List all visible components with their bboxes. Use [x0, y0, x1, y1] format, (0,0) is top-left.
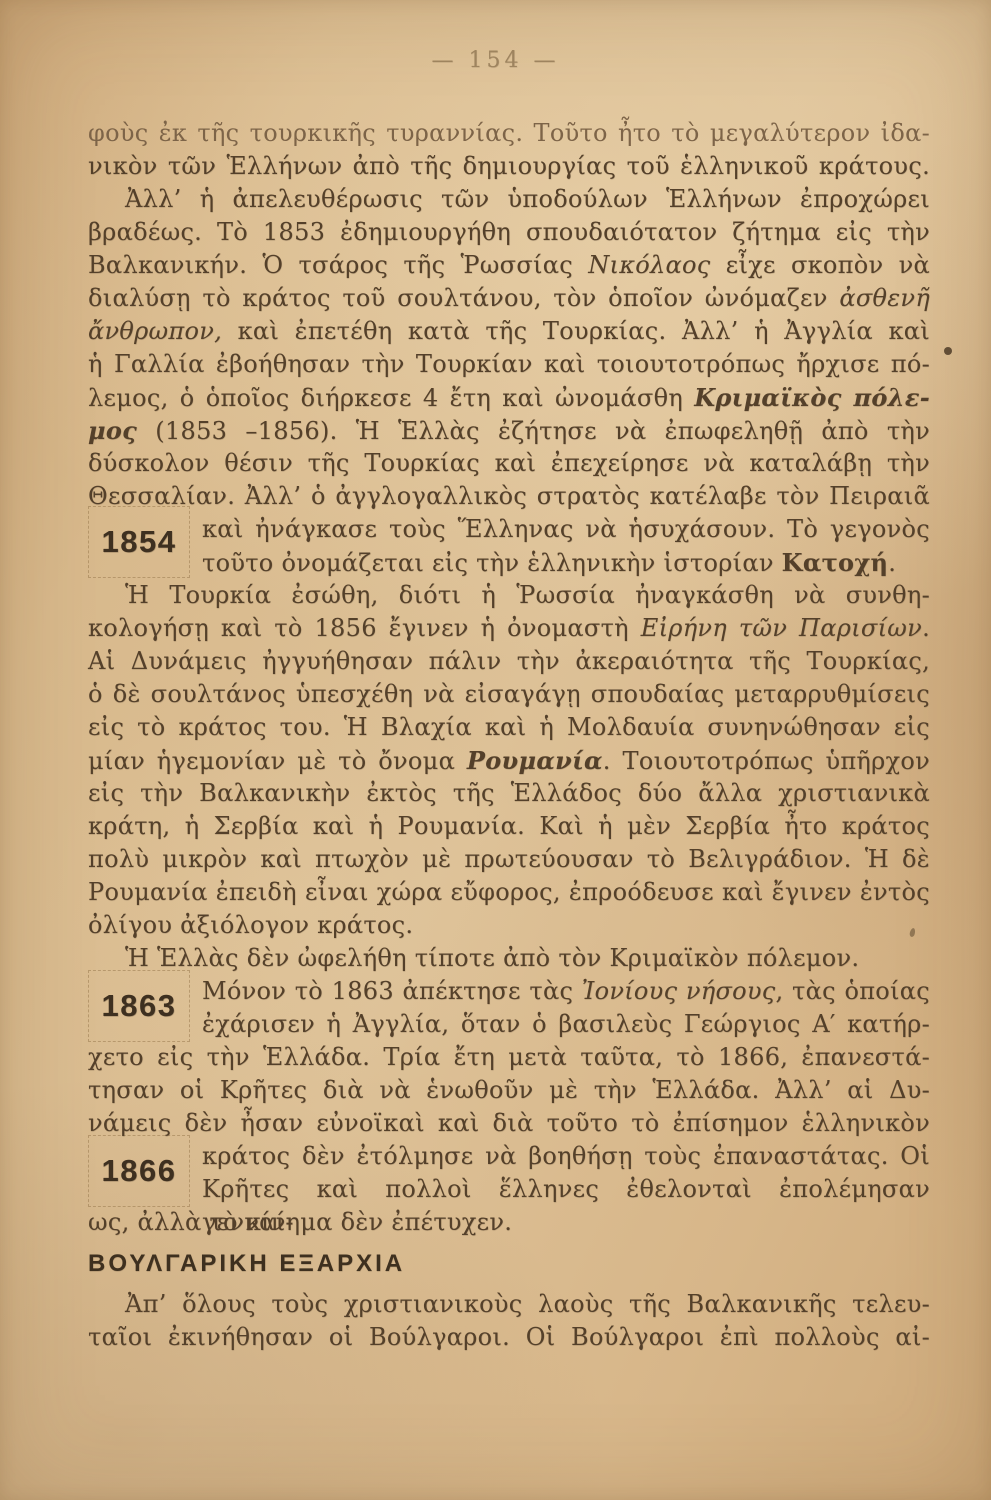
text-line: ὁ δὲ σουλτάνος ὑπεσχέθη νὰ εἰσαγάγῃ σπου…	[88, 678, 930, 711]
text-line: φοὺς ἐκ τῆς τουρκικῆς τυραννίας. Τοῦτο ἦ…	[88, 117, 930, 150]
text-segment: εἶχε σκοπὸν νὰ	[711, 251, 930, 279]
text-segment: πολὺ μικρὸν καὶ πτωχὸν μὲ πρωτεύουσαν τὸ…	[88, 845, 930, 873]
text-segment: μος	[88, 416, 137, 445]
text-segment: κράτος δὲν ἐτόλμησε νὰ βοηθήσῃ τοὺς ἐπαν…	[202, 1142, 930, 1170]
text-line: πολὺ μικρὸν καὶ πτωχὸν μὲ πρωτεύουσαν τὸ…	[88, 843, 930, 876]
text-line: Ἡ Τουρκία ἐσώθη, διότι ἡ Ῥωσσία ἠναγκάσθ…	[88, 579, 930, 612]
text-line: Ρουμανία ἐπειδὴ εἶναι χώρα εὔφορος, ἐπρο…	[88, 876, 930, 909]
text-line: Ἀλλ’ ἡ ἀπελευθέρωσις τῶν ὑποδούλων Ἑλλήν…	[88, 183, 930, 216]
text-line: Ἀπ’ ὅλους τοὺς χριστιανικοὺς λαοὺς τῆς Β…	[88, 1288, 930, 1321]
text-segment: .	[888, 549, 896, 577]
text-segment: βραδέως. Τὸ 1853 ἐδημιουργήθη σπουδαιότα…	[88, 218, 930, 246]
text-segment: νάμεις δὲν ἦσαν εὐνοϊκαὶ καὶ διὰ τοῦτο τ…	[88, 1109, 930, 1137]
text-segment: κράτη, ἡ Σερβία καὶ ἡ Ρουμανία. Καὶ ἡ μὲ…	[88, 812, 930, 840]
text-line: Κρῆτες καὶ πολλοὶ ἕλληνες ἐθελονταὶ ἐπολ…	[88, 1173, 930, 1206]
text-line: ἄνθρωπον, καὶ ἐπετέθη κατὰ τῆς Τουρκίας.…	[88, 315, 930, 348]
text-segment: Ρουμανία ἐπειδὴ εἶναι χώρα εὔφορος, ἐπρο…	[88, 878, 930, 906]
scanned-book-page: — 154 — 1854 1863 1866 φοὺς ἐκ τῆς τουρκ…	[0, 0, 991, 1500]
text-segment: Βαλκανικήν. Ὁ τσάρος τῆς Ῥωσσίας	[88, 251, 588, 279]
text-line: ἐχάρισεν ἡ Ἀγγλία, ὅταν ὁ βασιλεὺς Γεώργ…	[88, 1008, 930, 1041]
text-line: μος (1853 –1856). Ἡ Ἑλλὰς ἐζήτησε νὰ ἐπω…	[88, 414, 930, 447]
text-segment: ὁ δὲ σουλτάνος ὑπεσχέθη νὰ εἰσαγάγῃ σπου…	[88, 680, 930, 708]
body-text: φοὺς ἐκ τῆς τουρκικῆς τυραννίας. Τοῦτο ἦ…	[88, 117, 930, 1354]
text-segment: Μόνον τὸ 1863 ἀπέκτησε τὰς	[202, 977, 582, 1005]
text-line: κράτος δὲν ἐτόλμησε νὰ βοηθήσῃ τοὺς ἐπαν…	[88, 1140, 930, 1173]
text-line: ἡ Γαλλία ἐβοήθησαν τὴν Τουρκίαν καὶ τοιο…	[88, 348, 930, 381]
text-line: τοῦτο ὀνομάζεται εἰς τὴν ἑλληνικὴν ἱστορ…	[88, 546, 930, 579]
text-segment: χετο εἰς τὴν Ἑλλάδα. Τρία ἔτη μετὰ ταῦτα…	[88, 1043, 930, 1071]
text-line: δύσκολον θέσιν τῆς Τουρκίας καὶ ἐπεχείρη…	[88, 447, 930, 480]
text-line: κολογήσῃ καὶ τὸ 1856 ἔγινεν ἡ ὀνομαστὴ Ε…	[88, 612, 930, 645]
text-segment: καὶ ἠνάγκασε τοὺς Ἕλληνας νὰ ἡσυχάσουν. …	[202, 515, 930, 543]
text-line: κράτη, ἡ Σερβία καὶ ἡ Ρουμανία. Καὶ ἡ μὲ…	[88, 810, 930, 843]
section-heading: ΒΟΥΛΓΑΡΙΚΗ ΕΞΑΡΧΙΑ	[88, 1247, 930, 1280]
text-line: Ἡ Ἑλλὰς δὲν ὠφελήθη τίποτε ἀπὸ τὸν Κριμα…	[88, 942, 930, 975]
text-line: διαλύσῃ τὸ κράτος τοῦ σουλτάνου, τὸν ὁπο…	[88, 282, 930, 315]
text-segment: λεμος, ὁ ὁποῖος διήρκεσε 4 ἔτη καὶ ὠνομά…	[88, 384, 694, 412]
text-line: ταῖοι ἐκινήθησαν οἱ Βούλγαροι. Οἱ Βούλγα…	[88, 1321, 930, 1354]
text-segment: μίαν ἡγεμονίαν μὲ τὸ ὄνομα	[88, 747, 467, 775]
text-segment: Νικόλαος	[588, 251, 710, 279]
page-number: — 154 —	[0, 48, 991, 73]
text-segment: Εἰρήνη τῶν Παρισίων	[641, 614, 922, 642]
text-segment: Ρουμανία	[467, 746, 603, 775]
ink-speck	[944, 347, 952, 355]
text-segment: (1853 –1856). Ἡ Ἑλλὰς ἐζήτησε νὰ ἐπωφελη…	[137, 417, 930, 445]
text-segment: ταῖοι ἐκινήθησαν οἱ Βούλγαροι. Οἱ Βούλγα…	[88, 1323, 930, 1351]
text-segment: ἡ Γαλλία ἐβοήθησαν τὴν Τουρκίαν καὶ τοιο…	[88, 350, 930, 378]
text-segment: νικὸν τῶν Ἑλλήνων ἀπὸ τῆς δημιουργίας το…	[88, 152, 930, 180]
text-line: καὶ ἠνάγκασε τοὺς Ἕλληνας νὰ ἡσυχάσουν. …	[88, 513, 930, 546]
text-line: μίαν ἡγεμονίαν μὲ τὸ ὄνομα Ρουμανία. Τοι…	[88, 744, 930, 777]
text-segment: Αἱ Δυνάμεις ἠγγυήθησαν πάλιν τὴν ἀκεραιό…	[88, 647, 930, 675]
text-segment: Ἀλλ’ ἡ ἀπελευθέρωσις τῶν ὑποδούλων Ἑλλήν…	[125, 185, 930, 213]
text-segment: ΒΟΥΛΓΑΡΙΚΗ ΕΞΑΡΧΙΑ	[88, 1250, 405, 1277]
text-line: εἰς τὴν Βαλκανικὴν ἐκτὸς τῆς Ἑλλάδος δύο…	[88, 777, 930, 810]
text-segment: Ἡ Τουρκία ἐσώθη, διότι ἡ Ῥωσσία ἠναγκάσθ…	[125, 581, 930, 609]
text-segment: ὀλίγου ἀξιόλογον κράτος.	[88, 911, 413, 939]
text-line: Βαλκανικήν. Ὁ τσάρος τῆς Ῥωσσίας Νικόλαο…	[88, 249, 930, 282]
text-segment: Ἀπ’ ὅλους τοὺς χριστιανικοὺς λαοὺς τῆς Β…	[125, 1290, 930, 1318]
text-segment: εἰς τὸ κράτος του. Ἡ Βλαχία καὶ ἡ Μολδαυ…	[88, 713, 930, 741]
text-segment: δύσκολον θέσιν τῆς Τουρκίας καὶ ἐπεχείρη…	[88, 449, 930, 477]
text-line: τησαν οἱ Κρῆτες διὰ νὰ ἑνωθοῦν μὲ τὴν Ἑλ…	[88, 1074, 930, 1107]
text-segment: φοὺς ἐκ τῆς τουρκικῆς τυραννίας. Τοῦτο ἦ…	[88, 119, 930, 147]
text-line: λεμος, ὁ ὁποῖος διήρκεσε 4 ἔτη καὶ ὠνομά…	[88, 381, 930, 414]
text-line: ὀλίγου ἀξιόλογον κράτος.	[88, 909, 930, 942]
text-segment: ἀσθενῆ	[839, 284, 930, 312]
text-segment: ως, ἀλλὰ τὸ κίνημα δὲν ἐπέτυχεν.	[88, 1208, 512, 1236]
text-segment: διαλύσῃ τὸ κράτος τοῦ σουλτάνου, τὸν ὁπο…	[88, 284, 839, 312]
text-line: Μόνον τὸ 1863 ἀπέκτησε τὰς Ἰονίους νήσου…	[88, 975, 930, 1008]
text-segment: , τὰς ὁποίας	[776, 977, 930, 1005]
text-line: εἰς τὸ κράτος του. Ἡ Βλαχία καὶ ἡ Μολδαυ…	[88, 711, 930, 744]
text-line: νάμεις δὲν ἦσαν εὐνοϊκαὶ καὶ διὰ τοῦτο τ…	[88, 1107, 930, 1140]
text-segment: . Τοιουτοτρόπως ὑπῆρχον	[603, 747, 930, 775]
text-segment: Κατοχή	[782, 548, 889, 577]
text-segment: τησαν οἱ Κρῆτες διὰ νὰ ἑνωθοῦν μὲ τὴν Ἑλ…	[88, 1076, 930, 1104]
text-line: Θεσσαλίαν. Ἀλλ’ ὁ ἀγγλογαλλικὸς στρατὸς …	[88, 480, 930, 513]
text-segment: εἰς τὴν Βαλκανικὴν ἐκτὸς τῆς Ἑλλάδος δύο…	[88, 779, 930, 807]
text-segment: Ἰονίους νήσους	[582, 977, 776, 1005]
text-line: χετο εἰς τὴν Ἑλλάδα. Τρία ἔτη μετὰ ταῦτα…	[88, 1041, 930, 1074]
text-segment: τοῦτο ὀνομάζεται εἰς τὴν ἑλληνικὴν ἱστορ…	[202, 549, 782, 577]
text-line: ως, ἀλλὰ τὸ κίνημα δὲν ἐπέτυχεν.	[88, 1206, 930, 1239]
text-line: νικὸν τῶν Ἑλλήνων ἀπὸ τῆς δημιουργίας το…	[88, 150, 930, 183]
text-segment: .	[922, 614, 930, 642]
text-segment: Ἡ Ἑλλὰς δὲν ὠφελήθη τίποτε ἀπὸ τὸν Κριμα…	[125, 944, 859, 972]
text-segment: κολογήσῃ καὶ τὸ 1856 ἔγινεν ἡ ὀνομαστὴ	[88, 614, 641, 642]
text-segment: ἄνθρωπον,	[88, 317, 222, 345]
text-line: Αἱ Δυνάμεις ἠγγυήθησαν πάλιν τὴν ἀκεραιό…	[88, 645, 930, 678]
text-line: βραδέως. Τὸ 1853 ἐδημιουργήθη σπουδαιότα…	[88, 216, 930, 249]
text-segment: Κριμαϊκὸς πόλε-	[694, 383, 930, 412]
text-segment: καὶ ἐπετέθη κατὰ τῆς Τουρκίας. Ἀλλ’ ἡ Ἀγ…	[222, 317, 930, 345]
text-segment: ἐχάρισεν ἡ Ἀγγλία, ὅταν ὁ βασιλεὺς Γεώργ…	[202, 1010, 930, 1038]
text-segment: Θεσσαλίαν. Ἀλλ’ ὁ ἀγγλογαλλικὸς στρατὸς …	[88, 482, 930, 510]
